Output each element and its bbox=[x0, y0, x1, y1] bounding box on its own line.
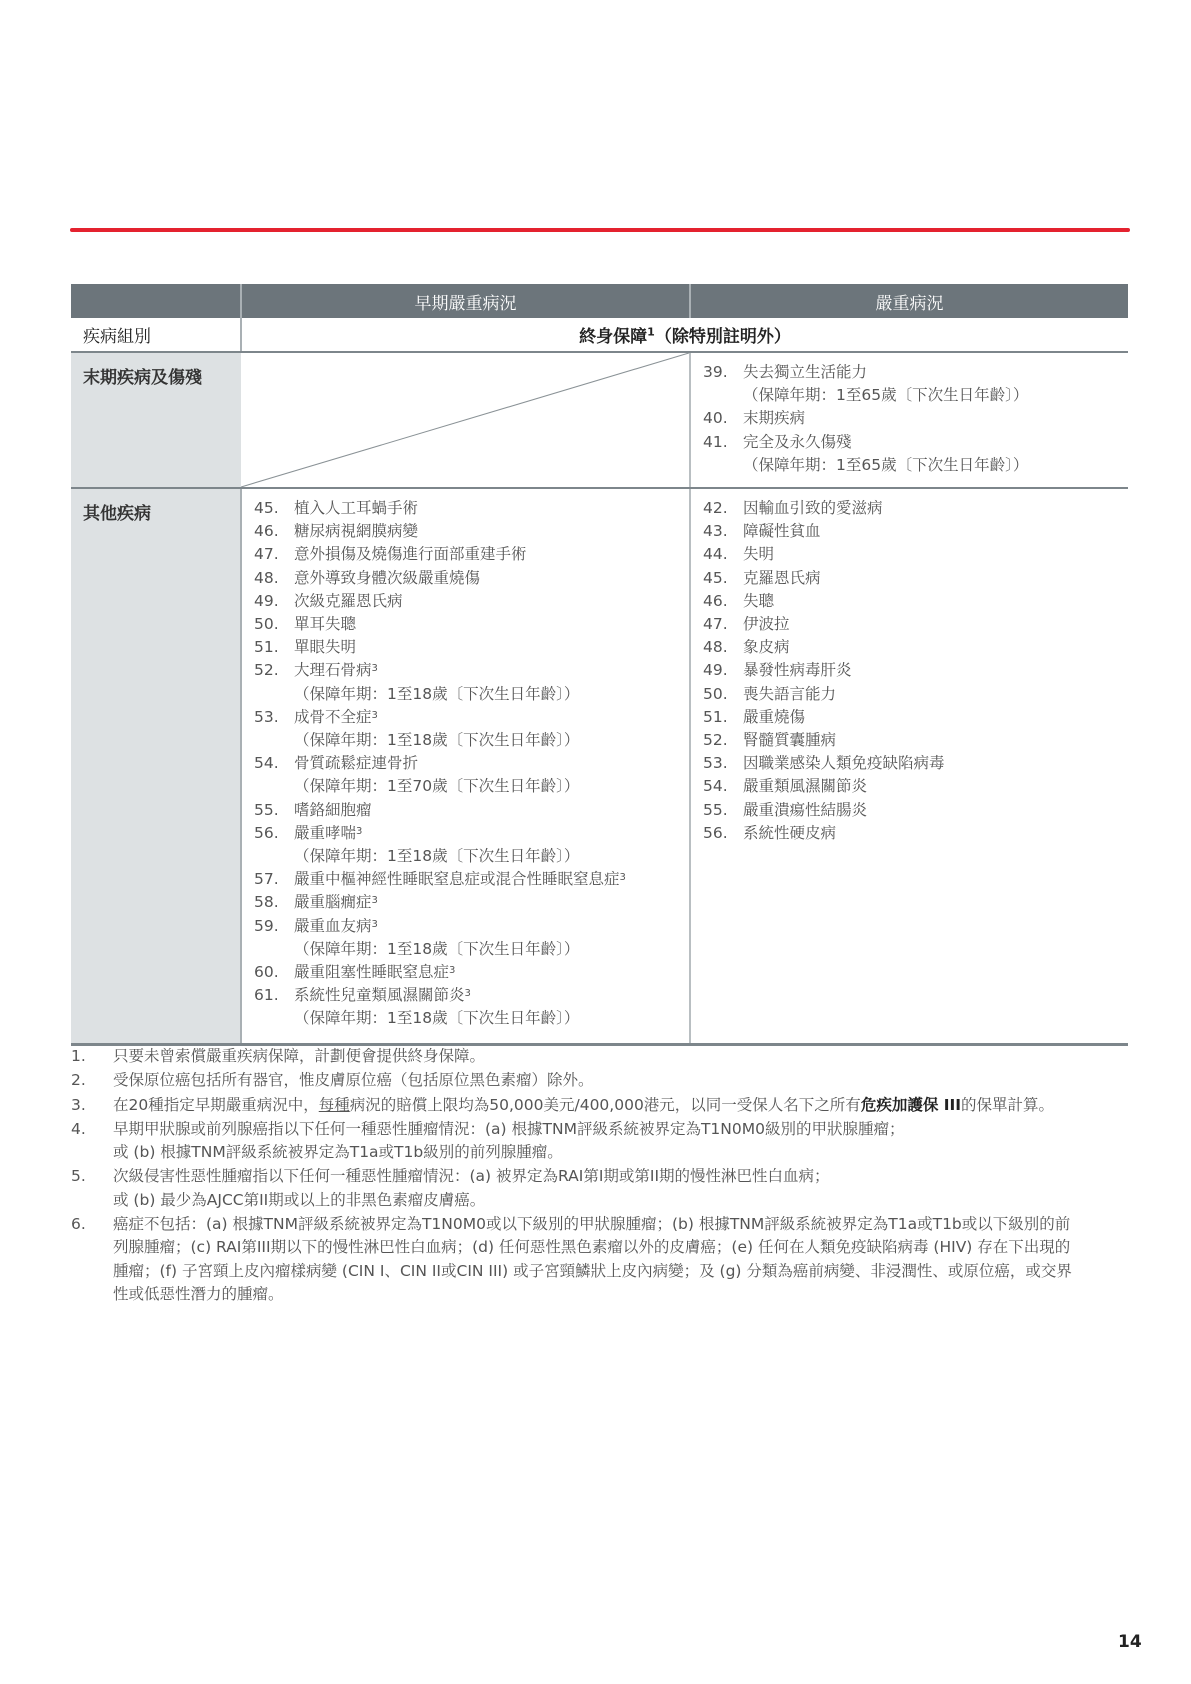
illness-name: 嚴重阻塞性睡眠窒息症 bbox=[294, 963, 449, 981]
footnote: 1.只要未曾索償嚴重疾病保障，計劃便會提供終身保障。 bbox=[71, 1045, 1081, 1068]
item-text: （保障年期：1至18歲〔下次生日年齡〕） bbox=[294, 1007, 689, 1030]
illness-name: （保障年期：1至18歲〔下次生日年齡〕） bbox=[294, 1009, 579, 1027]
coverage-text: 終身保障 bbox=[579, 327, 647, 347]
diagonal-line-icon bbox=[241, 353, 689, 487]
note-line: 早期甲狀腺或前列腺癌指以下任何一種惡性腫瘤情況：(a) 根據TNM評級系統被界定… bbox=[113, 1120, 904, 1138]
item-text: （保障年期：1至18歲〔下次生日年齡〕） bbox=[294, 683, 689, 706]
note-line: 次級侵害性惡性腫瘤指以下任何一種惡性腫瘤情況：(a) 被界定為RAI第I期或第I… bbox=[113, 1167, 830, 1185]
footnote: 6.癌症不包括：(a) 根據TNM評級系統被界定為T1N0M0或以下級別的甲狀腺… bbox=[71, 1213, 1081, 1306]
item-number: 47. bbox=[703, 613, 743, 636]
list-item: 44.失明 bbox=[703, 543, 1128, 566]
list-item: （保障年期：1至70歲〔下次生日年齡〕） bbox=[254, 775, 689, 798]
early-cell-empty bbox=[241, 352, 690, 488]
list-item: 47.伊波拉 bbox=[703, 613, 1128, 636]
footnote-number: 2. bbox=[71, 1069, 113, 1092]
illness-name: 嗜鉻細胞瘤 bbox=[294, 801, 372, 819]
illness-name: 因輸血引致的愛滋病 bbox=[743, 499, 883, 517]
item-text: 單眼失明 bbox=[294, 636, 689, 659]
item-text: 成骨不全症3 bbox=[294, 706, 689, 729]
list-item: 48.意外導致身體次級嚴重燒傷 bbox=[254, 567, 689, 590]
illness-name: 嚴重類風濕關節炎 bbox=[743, 777, 867, 795]
list-item: 60.嚴重阻塞性睡眠窒息症3 bbox=[254, 961, 689, 984]
illness-name: 喪失語言能力 bbox=[743, 685, 836, 703]
illness-name: 成骨不全症 bbox=[294, 708, 372, 726]
footnote-text: 癌症不包括：(a) 根據TNM評級系統被界定為T1N0M0或以下級別的甲狀腺腫瘤… bbox=[113, 1213, 1081, 1306]
list-item: 57.嚴重中樞神經性睡眠窒息症或混合性睡眠窒息症3 bbox=[254, 868, 689, 891]
item-number: 54. bbox=[254, 752, 294, 775]
footnote-number: 1. bbox=[71, 1045, 113, 1068]
category-label: 其他疾病 bbox=[71, 488, 241, 1045]
item-text: 嚴重潰瘍性結腸炎 bbox=[743, 799, 1128, 822]
list-item: 54.嚴重類風濕關節炎 bbox=[703, 775, 1128, 798]
illness-name: 單眼失明 bbox=[294, 638, 356, 656]
item-number bbox=[254, 775, 294, 798]
item-number bbox=[254, 1007, 294, 1030]
item-text: 糖尿病視網膜病變 bbox=[294, 520, 689, 543]
list-item: 53.因職業感染人類免疫缺陷病毒 bbox=[703, 752, 1128, 775]
item-number: 47. bbox=[254, 543, 294, 566]
header-severe: 嚴重病況 bbox=[690, 284, 1128, 318]
list-item: 52.大理石骨病3 bbox=[254, 659, 689, 682]
list-item: 61.系統性兒童類風濕關節炎3 bbox=[254, 984, 689, 1007]
illness-name: 骨質疏鬆症連骨折 bbox=[294, 754, 418, 772]
item-number: 45. bbox=[254, 497, 294, 520]
item-number: 49. bbox=[254, 590, 294, 613]
item-number: 46. bbox=[703, 590, 743, 613]
item-text: 嗜鉻細胞瘤 bbox=[294, 799, 689, 822]
item-number: 60. bbox=[254, 961, 294, 984]
item-text: 嚴重阻塞性睡眠窒息症3 bbox=[294, 961, 689, 984]
item-number: 45. bbox=[703, 567, 743, 590]
illness-name: 嚴重潰瘍性結腸炎 bbox=[743, 801, 867, 819]
severe-cell: 42.因輸血引致的愛滋病43.障礙性貧血44.失明45.克羅恩氏病46.失聰47… bbox=[690, 488, 1128, 1045]
list-item: 43.障礙性貧血 bbox=[703, 520, 1128, 543]
item-text: （保障年期：1至18歲〔下次生日年齡〕） bbox=[294, 845, 689, 868]
footnote-number: 5. bbox=[71, 1165, 113, 1212]
item-text: 植入人工耳蝸手術 bbox=[294, 497, 689, 520]
item-text: 嚴重哮喘3 bbox=[294, 822, 689, 845]
list-item: 48.象皮病 bbox=[703, 636, 1128, 659]
item-number: 53. bbox=[254, 706, 294, 729]
footnotes: 1.只要未曾索償嚴重疾病保障，計劃便會提供終身保障。 2.受保原位癌包括所有器官… bbox=[71, 1045, 1081, 1307]
footnote-text: 受保原位癌包括所有器官，惟皮膚原位癌（包括原位黑色素瘤）除外。 bbox=[113, 1069, 1081, 1092]
illness-name: （保障年期：1至18歲〔下次生日年齡〕） bbox=[294, 940, 579, 958]
critical-illness-table: 早期嚴重病況 嚴重病況 疾病組別 終身保障1（除特別註明外） 末期疾病及傷殘 3… bbox=[71, 284, 1128, 1046]
group-row: 疾病組別 終身保障1（除特別註明外） bbox=[71, 318, 1128, 352]
item-text: 大理石骨病3 bbox=[294, 659, 689, 682]
footnote-ref: 3 bbox=[372, 895, 378, 906]
illness-name: 系統性硬皮病 bbox=[743, 824, 836, 842]
illness-name: 因職業感染人類免疫缺陷病毒 bbox=[743, 754, 945, 772]
item-number: 58. bbox=[254, 891, 294, 914]
item-text: 意外導致身體次級嚴重燒傷 bbox=[294, 567, 689, 590]
item-number: 52. bbox=[254, 659, 294, 682]
note-line: 或 (b) 根據TNM評級系統被界定為T1a或T1b級別的前列腺腫瘤。 bbox=[113, 1143, 563, 1161]
item-number: 53. bbox=[703, 752, 743, 775]
illness-name: 伊波拉 bbox=[743, 615, 790, 633]
list-item: （保障年期：1至18歲〔下次生日年齡〕） bbox=[254, 1007, 689, 1030]
item-text: 障礙性貧血 bbox=[743, 520, 1128, 543]
illness-name: 意外損傷及燒傷進行面部重建手術 bbox=[294, 545, 527, 563]
illness-name: 嚴重血友病 bbox=[294, 917, 372, 935]
item-number: 56. bbox=[703, 822, 743, 845]
illness-name: 障礙性貧血 bbox=[743, 522, 821, 540]
list-item: （保障年期：1至18歲〔下次生日年齡〕） bbox=[254, 845, 689, 868]
note-text-part: 在20種指定早期嚴重病況中， bbox=[113, 1096, 319, 1114]
list-item: （保障年期：1至65歲〔下次生日年齡〕） bbox=[703, 454, 1128, 477]
footnote: 3.在20種指定早期嚴重病況中，每種病況的賠償上限均為50,000美元/400,… bbox=[71, 1094, 1081, 1117]
item-text: 腎髓質囊腫病 bbox=[743, 729, 1128, 752]
item-number: 49. bbox=[703, 659, 743, 682]
footnote-ref: 3 bbox=[372, 710, 378, 721]
list-item: 45.植入人工耳蝸手術 bbox=[254, 497, 689, 520]
footnote-text: 只要未曾索償嚴重疾病保障，計劃便會提供終身保障。 bbox=[113, 1045, 1081, 1068]
item-number: 57. bbox=[254, 868, 294, 891]
item-text: （保障年期：1至65歲〔下次生日年齡〕） bbox=[743, 454, 1128, 477]
product-name: 危疾加護保 III bbox=[861, 1096, 961, 1114]
item-text: （保障年期：1至18歲〔下次生日年齡〕） bbox=[294, 729, 689, 752]
footnote-number: 6. bbox=[71, 1213, 113, 1306]
note-underlined-text: 每種 bbox=[319, 1096, 350, 1114]
item-number: 54. bbox=[703, 775, 743, 798]
list-item: （保障年期：1至18歲〔下次生日年齡〕） bbox=[254, 683, 689, 706]
list-item: 41.完全及永久傷殘 bbox=[703, 431, 1128, 454]
item-number: 59. bbox=[254, 915, 294, 938]
item-number: 50. bbox=[703, 683, 743, 706]
item-number: 50. bbox=[254, 613, 294, 636]
illness-name: 象皮病 bbox=[743, 638, 790, 656]
footnote-ref: 3 bbox=[372, 663, 378, 674]
item-text: 系統性硬皮病 bbox=[743, 822, 1128, 845]
item-text: 伊波拉 bbox=[743, 613, 1128, 636]
item-text: （保障年期：1至70歲〔下次生日年齡〕） bbox=[294, 775, 689, 798]
illness-name: （保障年期：1至70歲〔下次生日年齡〕） bbox=[294, 777, 579, 795]
illness-name: （保障年期：1至65歲〔下次生日年齡〕） bbox=[743, 456, 1028, 474]
list-item: 52.腎髓質囊腫病 bbox=[703, 729, 1128, 752]
footnote: 5.次級侵害性惡性腫瘤指以下任何一種惡性腫瘤情況：(a) 被界定為RAI第I期或… bbox=[71, 1165, 1081, 1212]
item-text: （保障年期：1至65歲〔下次生日年齡〕） bbox=[743, 384, 1128, 407]
category-label: 末期疾病及傷殘 bbox=[71, 352, 241, 488]
item-text: 意外損傷及燒傷進行面部重建手術 bbox=[294, 543, 689, 566]
list-item: 56.系統性硬皮病 bbox=[703, 822, 1128, 845]
footnote: 4.早期甲狀腺或前列腺癌指以下任何一種惡性腫瘤情況：(a) 根據TNM評級系統被… bbox=[71, 1118, 1081, 1165]
note-text-part: 的保單計算。 bbox=[961, 1096, 1054, 1114]
early-cell: 45.植入人工耳蝸手術46.糖尿病視網膜病變47.意外損傷及燒傷進行面部重建手術… bbox=[241, 488, 690, 1045]
list-item: 51.單眼失明 bbox=[254, 636, 689, 659]
severe-illness-list: 39.失去獨立生活能力（保障年期：1至65歲〔下次生日年齡〕）40.末期疾病41… bbox=[691, 353, 1128, 477]
list-item: 59.嚴重血友病3 bbox=[254, 915, 689, 938]
footnote-ref: 1 bbox=[647, 325, 655, 338]
table-row: 末期疾病及傷殘 39.失去獨立生活能力（保障年期：1至65歲〔下次生日年齡〕）4… bbox=[71, 352, 1128, 488]
list-item: 49.次級克羅恩氏病 bbox=[254, 590, 689, 613]
header-early-stage: 早期嚴重病況 bbox=[241, 284, 690, 318]
list-item: 45.克羅恩氏病 bbox=[703, 567, 1128, 590]
item-number: 48. bbox=[703, 636, 743, 659]
item-number: 51. bbox=[254, 636, 294, 659]
item-text: 骨質疏鬆症連骨折 bbox=[294, 752, 689, 775]
item-text: 系統性兒童類風濕關節炎3 bbox=[294, 984, 689, 1007]
list-item: 46.糖尿病視網膜病變 bbox=[254, 520, 689, 543]
footnote-text: 在20種指定早期嚴重病況中，每種病況的賠償上限均為50,000美元/400,00… bbox=[113, 1094, 1081, 1117]
illness-name: （保障年期：1至65歲〔下次生日年齡〕） bbox=[743, 386, 1028, 404]
illness-name: 克羅恩氏病 bbox=[743, 569, 821, 587]
illness-name: 嚴重哮喘 bbox=[294, 824, 356, 842]
illness-name: 單耳失聰 bbox=[294, 615, 356, 633]
footnote-ref: 3 bbox=[372, 919, 378, 930]
list-item: 42.因輸血引致的愛滋病 bbox=[703, 497, 1128, 520]
illness-name: 腎髓質囊腫病 bbox=[743, 731, 836, 749]
footnote-text: 次級侵害性惡性腫瘤指以下任何一種惡性腫瘤情況：(a) 被界定為RAI第I期或第I… bbox=[113, 1165, 1081, 1212]
item-number bbox=[703, 454, 743, 477]
item-text: 嚴重中樞神經性睡眠窒息症或混合性睡眠窒息症3 bbox=[294, 868, 689, 891]
item-number: 56. bbox=[254, 822, 294, 845]
list-item: （保障年期：1至18歲〔下次生日年齡〕） bbox=[254, 729, 689, 752]
illness-name: 嚴重腦癇症 bbox=[294, 893, 372, 911]
footnote-ref: 3 bbox=[620, 872, 626, 883]
item-number: 46. bbox=[254, 520, 294, 543]
item-text: 嚴重腦癇症3 bbox=[294, 891, 689, 914]
item-text: 象皮病 bbox=[743, 636, 1128, 659]
footnote-ref: 3 bbox=[356, 826, 362, 837]
illness-name: 植入人工耳蝸手術 bbox=[294, 499, 418, 517]
note-text-part: 病況的賠償上限均為50,000美元/400,000港元，以同一受保人名下之所有 bbox=[350, 1096, 861, 1114]
illness-name: 失去獨立生活能力 bbox=[743, 363, 867, 381]
illness-name: 暴發性病毒肝炎 bbox=[743, 661, 852, 679]
note-line: 或 (b) 最少為AJCC第II期或以上的非黑色素瘤皮膚癌。 bbox=[113, 1191, 485, 1209]
item-number bbox=[254, 683, 294, 706]
list-item: 55.嗜鉻細胞瘤 bbox=[254, 799, 689, 822]
item-number: 44. bbox=[703, 543, 743, 566]
illness-name: 完全及永久傷殘 bbox=[743, 433, 852, 451]
item-text: 失聰 bbox=[743, 590, 1128, 613]
illness-name: 末期疾病 bbox=[743, 409, 805, 427]
footnote-number: 3. bbox=[71, 1094, 113, 1117]
list-item: 58.嚴重腦癇症3 bbox=[254, 891, 689, 914]
illness-name: （保障年期：1至18歲〔下次生日年齡〕） bbox=[294, 685, 579, 703]
illness-name: （保障年期：1至18歲〔下次生日年齡〕） bbox=[294, 847, 579, 865]
list-item: 55.嚴重潰瘍性結腸炎 bbox=[703, 799, 1128, 822]
illness-name: 系統性兒童類風濕關節炎 bbox=[294, 986, 465, 1004]
item-number bbox=[254, 729, 294, 752]
item-text: 失去獨立生活能力 bbox=[743, 361, 1128, 384]
item-text: 因輸血引致的愛滋病 bbox=[743, 497, 1128, 520]
table-header-row: 早期嚴重病況 嚴重病況 bbox=[71, 284, 1128, 318]
list-item: 50.喪失語言能力 bbox=[703, 683, 1128, 706]
list-item: 51.嚴重燒傷 bbox=[703, 706, 1128, 729]
illness-name: 嚴重中樞神經性睡眠窒息症或混合性睡眠窒息症 bbox=[294, 870, 620, 888]
footnote-ref: 3 bbox=[465, 988, 471, 999]
footnote-ref: 3 bbox=[449, 965, 455, 976]
list-item: 50.單耳失聰 bbox=[254, 613, 689, 636]
item-text: 單耳失聰 bbox=[294, 613, 689, 636]
item-text: 嚴重類風濕關節炎 bbox=[743, 775, 1128, 798]
item-text: 末期疾病 bbox=[743, 407, 1128, 430]
item-text: 克羅恩氏病 bbox=[743, 567, 1128, 590]
illness-name: 意外導致身體次級嚴重燒傷 bbox=[294, 569, 480, 587]
illness-name: 大理石骨病 bbox=[294, 661, 372, 679]
list-item: 49.暴發性病毒肝炎 bbox=[703, 659, 1128, 682]
page-number: 14 bbox=[1118, 1632, 1142, 1652]
disease-group-label: 疾病組別 bbox=[71, 318, 241, 352]
item-number: 55. bbox=[703, 799, 743, 822]
item-number: 55. bbox=[254, 799, 294, 822]
footnote: 2.受保原位癌包括所有器官，惟皮膚原位癌（包括原位黑色素瘤）除外。 bbox=[71, 1069, 1081, 1092]
illness-name: （保障年期：1至18歲〔下次生日年齡〕） bbox=[294, 731, 579, 749]
item-number: 39. bbox=[703, 361, 743, 384]
item-text: 完全及永久傷殘 bbox=[743, 431, 1128, 454]
footnote-number: 4. bbox=[71, 1118, 113, 1165]
list-item: 56.嚴重哮喘3 bbox=[254, 822, 689, 845]
item-text: 失明 bbox=[743, 543, 1128, 566]
item-text: 嚴重血友病3 bbox=[294, 915, 689, 938]
item-number: 42. bbox=[703, 497, 743, 520]
item-number: 51. bbox=[703, 706, 743, 729]
illness-name: 失聰 bbox=[743, 592, 774, 610]
severe-cell: 39.失去獨立生活能力（保障年期：1至65歲〔下次生日年齡〕）40.末期疾病41… bbox=[690, 352, 1128, 488]
item-number: 48. bbox=[254, 567, 294, 590]
header-blank-cell bbox=[71, 284, 241, 318]
lifetime-coverage-label: 終身保障1（除特別註明外） bbox=[241, 318, 1128, 352]
footnote-text: 早期甲狀腺或前列腺癌指以下任何一種惡性腫瘤情況：(a) 根據TNM評級系統被界定… bbox=[113, 1118, 1081, 1165]
item-text: 喪失語言能力 bbox=[743, 683, 1128, 706]
list-item: 47.意外損傷及燒傷進行面部重建手術 bbox=[254, 543, 689, 566]
illness-name: 嚴重燒傷 bbox=[743, 708, 805, 726]
list-item: （保障年期：1至65歲〔下次生日年齡〕） bbox=[703, 384, 1128, 407]
list-item: 39.失去獨立生活能力 bbox=[703, 361, 1128, 384]
item-number: 61. bbox=[254, 984, 294, 1007]
severe-illness-list: 42.因輸血引致的愛滋病43.障礙性貧血44.失明45.克羅恩氏病46.失聰47… bbox=[691, 489, 1128, 845]
item-number bbox=[254, 938, 294, 961]
item-number bbox=[254, 845, 294, 868]
table-row: 其他疾病 45.植入人工耳蝸手術46.糖尿病視網膜病變47.意外損傷及燒傷進行面… bbox=[71, 488, 1128, 1045]
item-text: 因職業感染人類免疫缺陷病毒 bbox=[743, 752, 1128, 775]
item-number bbox=[703, 384, 743, 407]
illness-name: 次級克羅恩氏病 bbox=[294, 592, 403, 610]
item-number: 52. bbox=[703, 729, 743, 752]
item-text: 嚴重燒傷 bbox=[743, 706, 1128, 729]
item-text: （保障年期：1至18歲〔下次生日年齡〕） bbox=[294, 938, 689, 961]
item-text: 次級克羅恩氏病 bbox=[294, 590, 689, 613]
early-illness-list: 45.植入人工耳蝸手術46.糖尿病視網膜病變47.意外損傷及燒傷進行面部重建手術… bbox=[242, 489, 689, 1031]
illness-name: 失明 bbox=[743, 545, 774, 563]
list-item: 46.失聰 bbox=[703, 590, 1128, 613]
item-number: 43. bbox=[703, 520, 743, 543]
list-item: 53.成骨不全症3 bbox=[254, 706, 689, 729]
red-divider-rule bbox=[70, 228, 1130, 232]
list-item: 40.末期疾病 bbox=[703, 407, 1128, 430]
coverage-suffix: （除特別註明外） bbox=[655, 327, 791, 347]
item-number: 41. bbox=[703, 431, 743, 454]
illness-name: 糖尿病視網膜病變 bbox=[294, 522, 418, 540]
item-number: 40. bbox=[703, 407, 743, 430]
list-item: （保障年期：1至18歲〔下次生日年齡〕） bbox=[254, 938, 689, 961]
item-text: 暴發性病毒肝炎 bbox=[743, 659, 1128, 682]
list-item: 54.骨質疏鬆症連骨折 bbox=[254, 752, 689, 775]
